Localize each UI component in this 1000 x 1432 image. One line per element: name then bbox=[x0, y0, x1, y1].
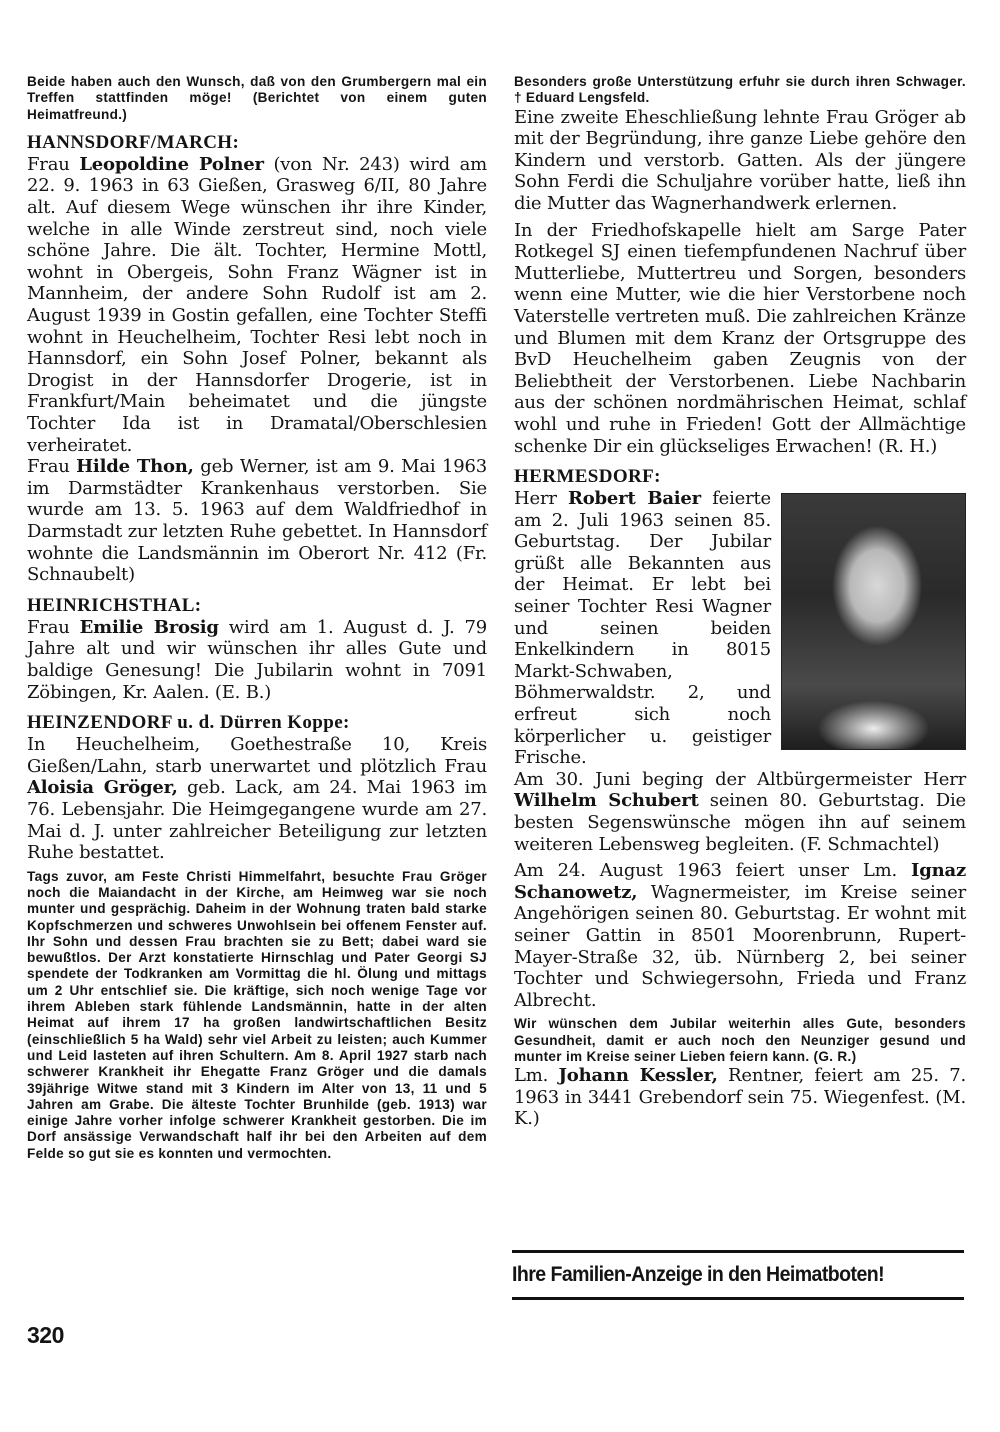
article-groeger-funeral: In der Friedhofskapelle hielt am Sarge P… bbox=[514, 220, 966, 458]
intro-note: Beide haben auch den Wunsch, daß von den… bbox=[27, 74, 487, 123]
section-heinzendorf: HEINZENDORF u. d. Dürren Koppe: In Heuch… bbox=[27, 712, 487, 1162]
section-hannsdorf: HANNSDORF/MARCH: Frau Leopoldine Polner … bbox=[27, 132, 487, 586]
left-column: Beide haben auch den Wunsch, daß von den… bbox=[27, 74, 487, 1162]
newspaper-page: Beide haben auch den Wunsch, daß von den… bbox=[0, 0, 1000, 1432]
article-brosig: Frau Emilie Brosig wird am 1. August d. … bbox=[27, 617, 487, 703]
article-schanowetz: Am 24. August 1963 feiert unser Lm. Igna… bbox=[514, 860, 966, 1011]
right-column: Besonders große Unterstützung erfuhr sie… bbox=[514, 74, 966, 1130]
family-ad-banner: Ihre Familien-Anzeige in den Heimatboten… bbox=[512, 1250, 964, 1300]
text: Lm. bbox=[514, 1065, 558, 1086]
section-heading-hermesdorf: HERMESDORF: bbox=[514, 466, 966, 488]
person-name: Aloisia Gröger, bbox=[27, 777, 178, 798]
person-name: Hilde Thon, bbox=[76, 456, 194, 477]
text: Am 30. Juni beging der Altbürgermeister … bbox=[514, 769, 966, 790]
article-schubert: Am 30. Juni beging der Altbürgermeister … bbox=[514, 769, 966, 855]
article-groeger-detail: Tags zuvor, am Feste Christi Himmelfahrt… bbox=[27, 869, 487, 1162]
text: Frau bbox=[27, 617, 80, 638]
person-name: Johann Kessler, bbox=[558, 1065, 717, 1086]
article-groeger-continued: Eine zweite Eheschließung lehnte Frau Gr… bbox=[514, 107, 966, 215]
text: In Heuchelheim, Goethestraße 10, Kreis G… bbox=[27, 734, 487, 777]
page-number: 320 bbox=[27, 1322, 64, 1349]
section-hermesdorf: HERMESDORF: Herr Robert Baier feierte am… bbox=[514, 466, 966, 1130]
text: Herr bbox=[514, 488, 568, 509]
person-name: Emilie Brosig bbox=[80, 617, 219, 638]
ad-text: Ihre Familien-Anzeige in den Heimatboten… bbox=[512, 1263, 932, 1287]
person-name: Leopoldine Polner bbox=[79, 154, 263, 175]
divider bbox=[512, 1250, 964, 1253]
text: Frau bbox=[27, 154, 79, 175]
section-heinrichsthal: HEINRICHSTHAL: Frau Emilie Brosig wird a… bbox=[27, 595, 487, 703]
section-heading-heinrichsthal: HEINRICHSTHAL: bbox=[27, 595, 487, 617]
section-heading-heinzendorf: HEINZENDORF u. d. Dürren Koppe: bbox=[27, 712, 487, 734]
text: (von Nr. 243) wird am 22. 9. 1963 in 63 … bbox=[27, 154, 487, 456]
text: feierte am 2. Juli 1963 seinen 85. Gebur… bbox=[514, 488, 771, 768]
divider bbox=[512, 1297, 964, 1300]
article-schanowetz-wishes: Wir wünschen dem Jubilar weiterhin alles… bbox=[514, 1016, 966, 1065]
article-groeger: In Heuchelheim, Goethestraße 10, Kreis G… bbox=[27, 734, 487, 864]
section-heading-hannsdorf: HANNSDORF/MARCH: bbox=[27, 132, 487, 154]
article-polner: Frau Leopoldine Polner (von Nr. 243) wir… bbox=[27, 154, 487, 456]
article-thon: Frau Hilde Thon, geb Werner, ist am 9. M… bbox=[27, 456, 487, 586]
text: Am 24. August 1963 feiert unser Lm. bbox=[514, 860, 911, 881]
article-kessler: Lm. Johann Kessler, Rentner, feiert am 2… bbox=[514, 1065, 966, 1130]
article-groeger-continued-note: Besonders große Unterstützung erfuhr sie… bbox=[514, 74, 966, 107]
portrait-photo bbox=[781, 493, 966, 750]
text: Frau bbox=[27, 456, 76, 477]
person-name: Robert Baier bbox=[568, 488, 701, 509]
person-name: Wilhelm Schubert bbox=[514, 790, 699, 811]
